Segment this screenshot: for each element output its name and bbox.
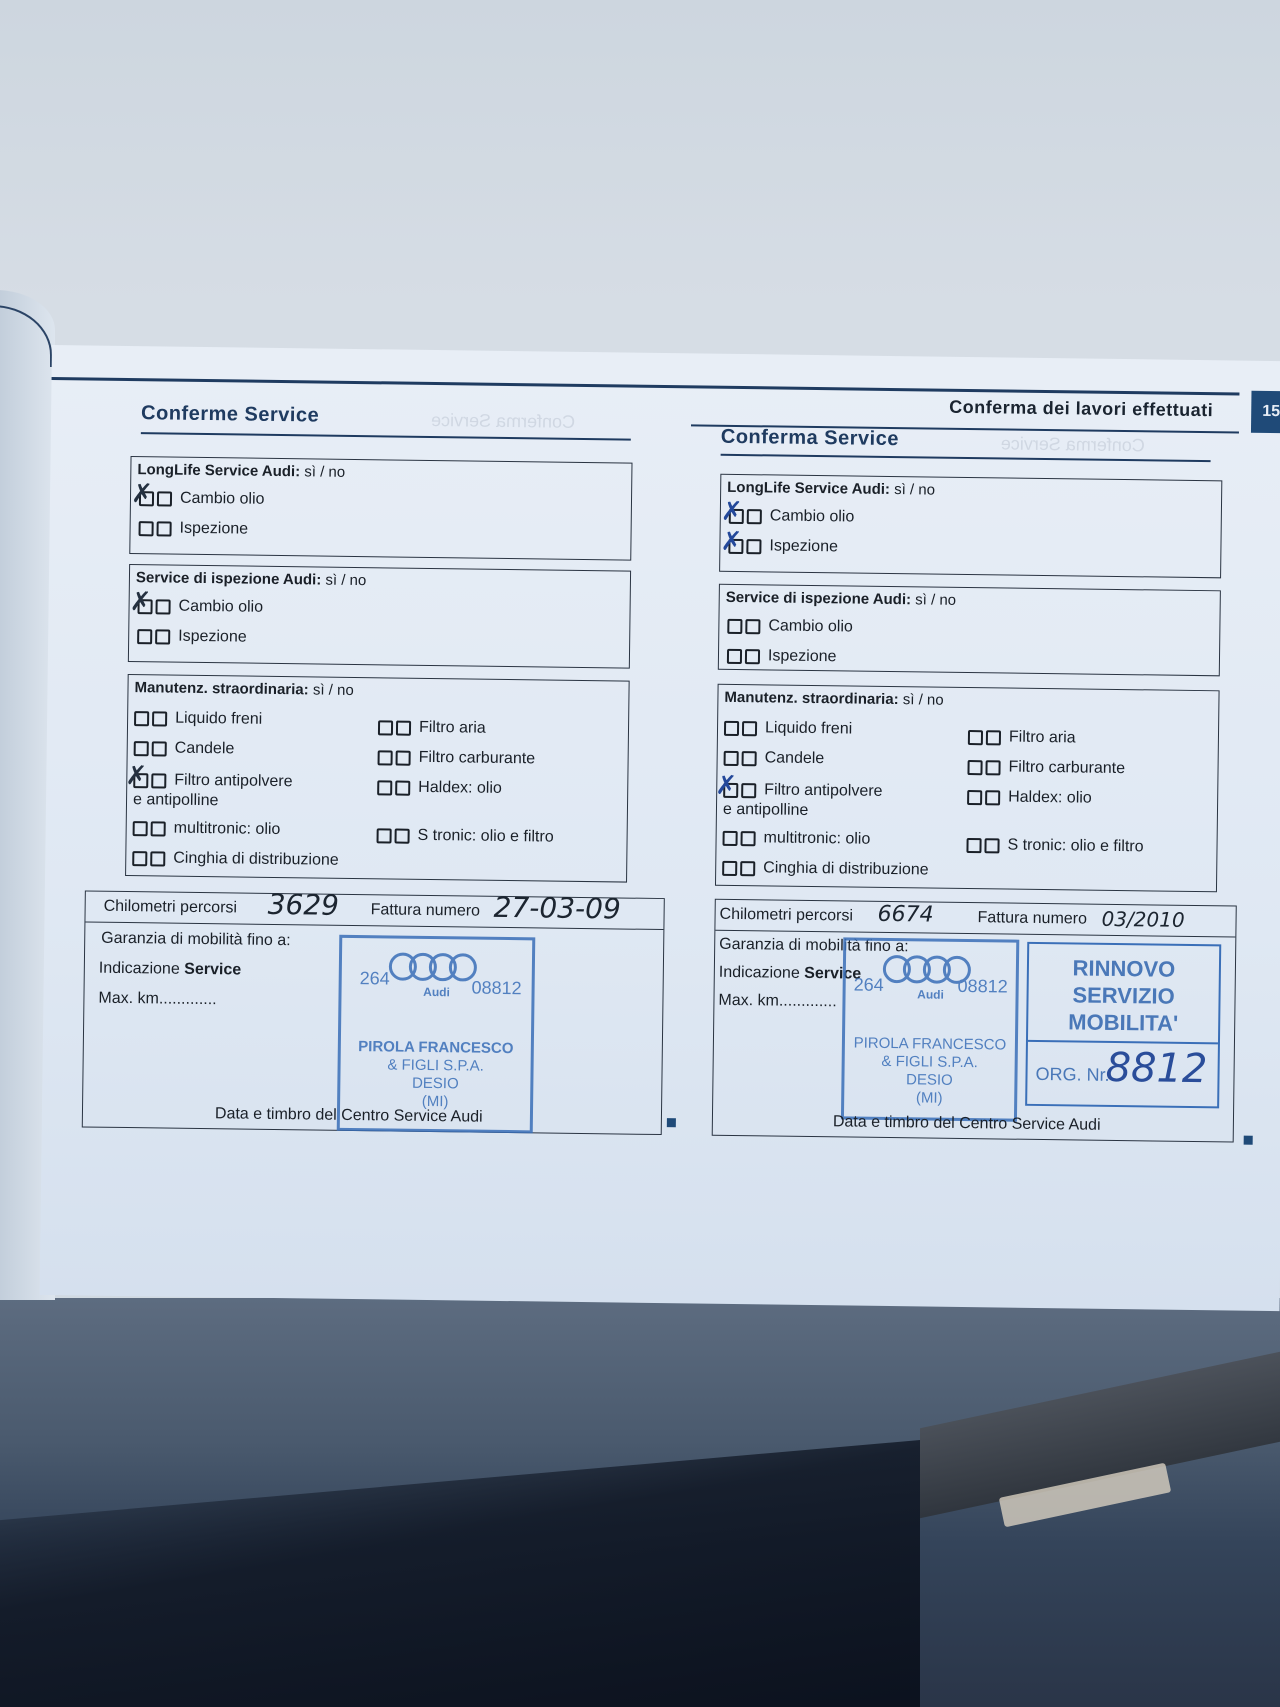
stamp-brand: Audi: [845, 986, 1015, 1002]
service-footer-box: Chilometri percorsi 6674 Fattura numero …: [712, 899, 1237, 1143]
checkbox-pair: [727, 648, 760, 663]
checkbox-si[interactable]: [134, 711, 149, 726]
checklist-item: Liquido freni: [134, 709, 262, 729]
show-through-text: Conferma Service: [431, 410, 575, 433]
checkbox-si[interactable]: [967, 790, 982, 805]
dealer-stamp: 264 08812 Audi PIROLA FRANCESCO & FIGLI …: [841, 937, 1019, 1121]
checklist-item: Filtro carburante: [378, 748, 536, 768]
rinnovo-stamp: RINNOVO SERVIZIO MOBILITA' ORG. Nr. 8812: [1025, 942, 1221, 1109]
rinnovo-divider: [1028, 1040, 1218, 1044]
heading-options: sì / no: [890, 481, 935, 499]
checklist-item: Cinghia di distribuzione: [722, 859, 929, 880]
checkbox-pair: [724, 750, 757, 765]
indicazione-label: Indicazione Service: [719, 964, 862, 984]
stamp-line: PIROLA FRANCESCO: [845, 1034, 1015, 1053]
audi-rings-icon: [891, 955, 971, 984]
checkbox-si[interactable]: [133, 821, 148, 836]
checkbox-no[interactable]: [986, 730, 1001, 745]
checklist-label: Liquido freni: [175, 710, 262, 729]
checkbox-si[interactable]: [378, 720, 393, 735]
indicazione-text: Indicazione: [99, 960, 180, 978]
checkbox-no[interactable]: [155, 629, 170, 644]
heading-bold: Manutenz. straordinaria:: [134, 679, 308, 698]
invoice-label: Fattura numero: [977, 909, 1087, 928]
checklist-item: Cambio olio: [727, 617, 853, 637]
rinnovo-line: MOBILITA': [1028, 1008, 1218, 1037]
checklist-item: Filtro aria: [378, 718, 486, 737]
service-footer-box: Chilometri percorsi 3629 Fattura numero …: [82, 890, 665, 1135]
checkbox-si[interactable]: [378, 750, 393, 765]
end-marker: [1244, 1136, 1253, 1145]
checklist-label: Cambio olio: [180, 490, 265, 509]
booklet-page: Conferma dei lavori effettuati 15 Confer…: [40, 345, 1280, 1311]
checklist-label: Filtro carburante: [1008, 759, 1125, 779]
box-heading: LongLife Service Audi: sì / no: [727, 479, 935, 499]
heading-options: sì / no: [321, 572, 366, 590]
checkbox-no[interactable]: [396, 720, 411, 735]
checkbox-no[interactable]: [155, 599, 170, 614]
checkbox-si[interactable]: [377, 780, 392, 795]
checkbox-pair: [724, 720, 757, 735]
checkbox-pair: ✗: [729, 508, 762, 523]
box-heading: Service di ispezione Audi: sì / no: [136, 569, 367, 589]
heading-bold: Service di ispezione Audi:: [726, 589, 912, 608]
checklist-label: multitronic: olio: [174, 820, 281, 839]
checklist-label: Cambio olio: [768, 617, 853, 636]
checkbox-si[interactable]: [724, 720, 739, 735]
checklist-item: Filtro carburante: [967, 758, 1125, 778]
checklist-item: Liquido freni: [724, 719, 852, 739]
longlife-box: LongLife Service Audi: sì / no✗Cambio ol…: [719, 474, 1222, 579]
checklist-item: multitronic: olio: [133, 819, 281, 839]
left-service-column: Conferme Service Conferma Service LongLi…: [92, 346, 632, 353]
handwritten-check-mark-icon: ✗: [129, 589, 151, 615]
top-rule: [52, 377, 1240, 396]
checklist-label: Filtro antipolvere: [764, 781, 883, 801]
org-number-label: ORG. Nr.: [1035, 1064, 1109, 1086]
checkbox-si[interactable]: [132, 851, 147, 866]
checkbox-pair: [377, 780, 410, 795]
checklist-label: Filtro antipolvere: [174, 772, 293, 792]
checkbox-no[interactable]: [740, 861, 755, 876]
section-rule: [141, 432, 631, 440]
checkbox-pair: ✗: [137, 599, 170, 614]
km-label: Chilometri percorsi: [719, 906, 853, 926]
indicazione-label: Indicazione Service: [99, 960, 242, 980]
checkbox-no[interactable]: [151, 773, 166, 788]
checkbox-no[interactable]: [396, 750, 411, 765]
checkbox-pair: ✗: [133, 773, 166, 788]
checkbox-no[interactable]: [985, 760, 1000, 775]
checkbox-si[interactable]: [727, 618, 742, 633]
checkbox-pair: [967, 790, 1000, 805]
checklist-label: Filtro aria: [1009, 729, 1076, 748]
checklist-item: Candele: [134, 739, 235, 758]
checklist-item: S tronic: olio e filtro: [966, 836, 1143, 856]
checkbox-no[interactable]: [742, 721, 757, 736]
checklist-label: Filtro aria: [419, 719, 486, 738]
checkbox-no[interactable]: [157, 521, 172, 536]
checklist-label: multitronic: olio: [763, 829, 870, 848]
heading-bold: LongLife Service Audi:: [727, 479, 890, 498]
ispezione-box: Service di ispezione Audi: sì / no✗Cambi…: [128, 564, 631, 669]
ispezione-box: Service di ispezione Audi: sì / noCambio…: [718, 584, 1221, 677]
checkbox-no[interactable]: [745, 649, 760, 664]
checkbox-pair: [378, 720, 411, 735]
checklist-item: ✗Filtro antipolvere: [723, 781, 883, 801]
checkbox-si[interactable]: [724, 750, 739, 765]
checklist-item: ✗Cambio olio: [137, 597, 263, 617]
checklist-item: Haldex: olio: [967, 788, 1092, 808]
checkbox-si[interactable]: [139, 521, 154, 536]
handwritten-check-mark-icon: ✗: [721, 498, 743, 524]
checkbox-no[interactable]: [150, 851, 165, 866]
rinnovo-line: SERVIZIO: [1028, 981, 1218, 1010]
checklist-item: Ispezione: [137, 627, 247, 646]
checklist-item: ✗Filtro antipolvere: [133, 771, 293, 791]
checkbox-si[interactable]: [722, 860, 737, 875]
org-number-value: 8812: [1105, 1045, 1207, 1092]
rinnovo-line: RINNOVO: [1029, 954, 1219, 983]
checkbox-si[interactable]: [723, 830, 738, 845]
heading-bold: Manutenz. straordinaria:: [724, 689, 898, 708]
checkbox-si[interactable]: [134, 741, 149, 756]
heading-bold: LongLife Service Audi:: [137, 461, 300, 480]
manutenzione-box: Manutenz. straordinaria: sì / noLiquido …: [125, 674, 630, 883]
checklist-label: Ispezione: [768, 647, 837, 666]
checkbox-pair: [132, 851, 165, 866]
checklist-label-continuation: e antipolline: [133, 791, 219, 810]
checklist-label: Ispezione: [178, 628, 247, 647]
checklist-item: multitronic: olio: [722, 829, 870, 849]
section-title: Conferma Service: [721, 426, 899, 451]
checklist-label: Haldex: olio: [1008, 789, 1092, 808]
heading-bold: Service di ispezione Audi:: [136, 569, 322, 588]
stamp-line: DESIO: [844, 1070, 1014, 1089]
checklist-item: ✗Cambio olio: [729, 507, 855, 527]
checkbox-pair: ✗: [139, 491, 172, 506]
checkbox-no[interactable]: [747, 509, 762, 524]
checkbox-pair: [377, 828, 410, 843]
checklist-item: Haldex: olio: [377, 778, 502, 798]
checklist-label: Cambio olio: [770, 507, 855, 526]
invoice-label: Fattura numero: [371, 901, 481, 920]
checklist-item: Ispezione: [138, 519, 248, 538]
handwritten-check-mark-icon: ✗: [720, 528, 742, 554]
guarantee-label: Garanzia di mobilità fino a:: [101, 930, 291, 950]
box-heading: LongLife Service Audi: sì / no: [137, 461, 345, 481]
page-number: 15: [1251, 391, 1280, 434]
checklist-item: ✗Cambio olio: [139, 489, 265, 509]
handwritten-check-mark-icon: ✗: [125, 762, 147, 788]
checkbox-no[interactable]: [746, 539, 761, 554]
km-value: 3629: [267, 888, 339, 922]
checkbox-no[interactable]: [151, 821, 166, 836]
checkbox-no[interactable]: [157, 491, 172, 506]
stamp-line: PIROLA FRANCESCO: [341, 1038, 531, 1057]
checkbox-no[interactable]: [742, 751, 757, 766]
manutenzione-box: Manutenz. straordinaria: sì / noLiquido …: [715, 684, 1220, 893]
longlife-box: LongLife Service Audi: sì / no✗Cambio ol…: [129, 456, 632, 561]
checklist-label: Liquido freni: [765, 719, 852, 738]
handwritten-check-mark-icon: ✗: [715, 772, 737, 798]
handwritten-check-mark-icon: ✗: [131, 481, 153, 507]
stamp-line: (MI): [844, 1088, 1014, 1107]
km-value: 6674: [877, 902, 933, 928]
dealer-stamp: 264 08812 Audi PIROLA FRANCESCO & FIGLI …: [337, 935, 536, 1134]
checkbox-pair: [967, 760, 1000, 775]
checkbox-no[interactable]: [745, 619, 760, 634]
checkbox-pair: [134, 711, 167, 726]
checkbox-si[interactable]: [968, 730, 983, 745]
checkbox-no[interactable]: [984, 838, 999, 853]
checkbox-no[interactable]: [152, 711, 167, 726]
checkbox-si[interactable]: [727, 648, 742, 663]
checkbox-si[interactable]: [137, 629, 152, 644]
max-km-label: Max. km.............: [718, 992, 836, 1012]
checkbox-si[interactable]: [967, 760, 982, 775]
checkbox-pair: [139, 521, 172, 536]
checkbox-pair: [966, 838, 999, 853]
checkbox-no[interactable]: [395, 828, 410, 843]
right-service-column: Conferma Service Conferma Service LongLi…: [712, 354, 1252, 361]
header-title: Conferma dei lavori effettuati: [949, 397, 1213, 421]
max-km-label: Max. km.............: [98, 990, 216, 1010]
km-label: Chilometri percorsi: [104, 898, 238, 918]
checkbox-pair: [137, 629, 170, 644]
checkbox-pair: [727, 618, 760, 633]
checkbox-pair: [134, 741, 167, 756]
stamp-brand: Audi: [341, 984, 531, 1000]
checkbox-no[interactable]: [741, 783, 756, 798]
invoice-value: 27-03-09: [493, 891, 621, 926]
checkbox-no[interactable]: [152, 741, 167, 756]
checklist-label: S tronic: olio e filtro: [1007, 837, 1143, 857]
checklist-label: S tronic: olio e filtro: [417, 827, 553, 847]
checkbox-si[interactable]: [377, 828, 392, 843]
checklist-label: Haldex: olio: [418, 779, 502, 798]
box-heading: Service di ispezione Audi: sì / no: [726, 589, 957, 609]
heading-options: sì / no: [300, 463, 345, 481]
checklist-label: Cambio olio: [178, 598, 263, 617]
checklist-item: Filtro aria: [968, 728, 1076, 747]
checkbox-no[interactable]: [985, 790, 1000, 805]
checklist-item: Ispezione: [727, 647, 837, 666]
checkbox-pair: ✗: [728, 538, 761, 553]
heading-options: sì / no: [309, 681, 354, 699]
checklist-label: Ispezione: [179, 520, 248, 539]
heading-options: sì / no: [911, 591, 956, 609]
checkbox-pair: [722, 860, 755, 875]
indicazione-text: Indicazione: [719, 964, 800, 982]
checklist-label: Filtro carburante: [419, 749, 536, 769]
checkbox-no[interactable]: [741, 831, 756, 846]
stamp-line: & FIGLI S.P.A.: [340, 1056, 530, 1075]
checkbox-pair: [378, 750, 411, 765]
checklist-label-continuation: e antipolline: [723, 801, 809, 820]
stamp-line: & FIGLI S.P.A.: [845, 1052, 1015, 1071]
checklist-item: Cinghia di distribuzione: [132, 849, 339, 870]
section-title: Conferme Service: [141, 402, 319, 427]
checklist-label: Candele: [765, 749, 825, 768]
checklist-item: ✗Ispezione: [728, 537, 838, 556]
audi-rings-icon: [397, 953, 477, 982]
checkbox-no[interactable]: [395, 780, 410, 795]
checklist-item: S tronic: olio e filtro: [376, 826, 553, 846]
indicazione-bold: Service: [184, 961, 241, 979]
heading-options: sì / no: [899, 691, 944, 709]
checkbox-pair: [723, 830, 756, 845]
checklist-label: Cinghia di distribuzione: [173, 850, 339, 870]
box-heading: Manutenz. straordinaria: sì / no: [134, 679, 353, 699]
checklist-label: Cinghia di distribuzione: [763, 859, 929, 879]
checklist-item: Candele: [724, 749, 825, 768]
show-through-text: Conferma Service: [1001, 433, 1145, 456]
stamp-caption: Data e timbro del Centro Service Audi: [215, 1105, 483, 1127]
end-marker: [667, 1118, 676, 1127]
stamp-line: DESIO: [340, 1074, 530, 1093]
checklist-label: Candele: [175, 740, 235, 759]
invoice-value: 03/2010: [1101, 907, 1184, 932]
stamp-caption: Data e timbro del Centro Service Audi: [833, 1113, 1101, 1135]
box-heading: Manutenz. straordinaria: sì / no: [724, 689, 943, 709]
checkbox-pair: [133, 821, 166, 836]
checkbox-pair: ✗: [723, 782, 756, 797]
checkbox-pair: [968, 730, 1001, 745]
checkbox-si[interactable]: [966, 838, 981, 853]
checklist-label: Ispezione: [769, 537, 838, 556]
